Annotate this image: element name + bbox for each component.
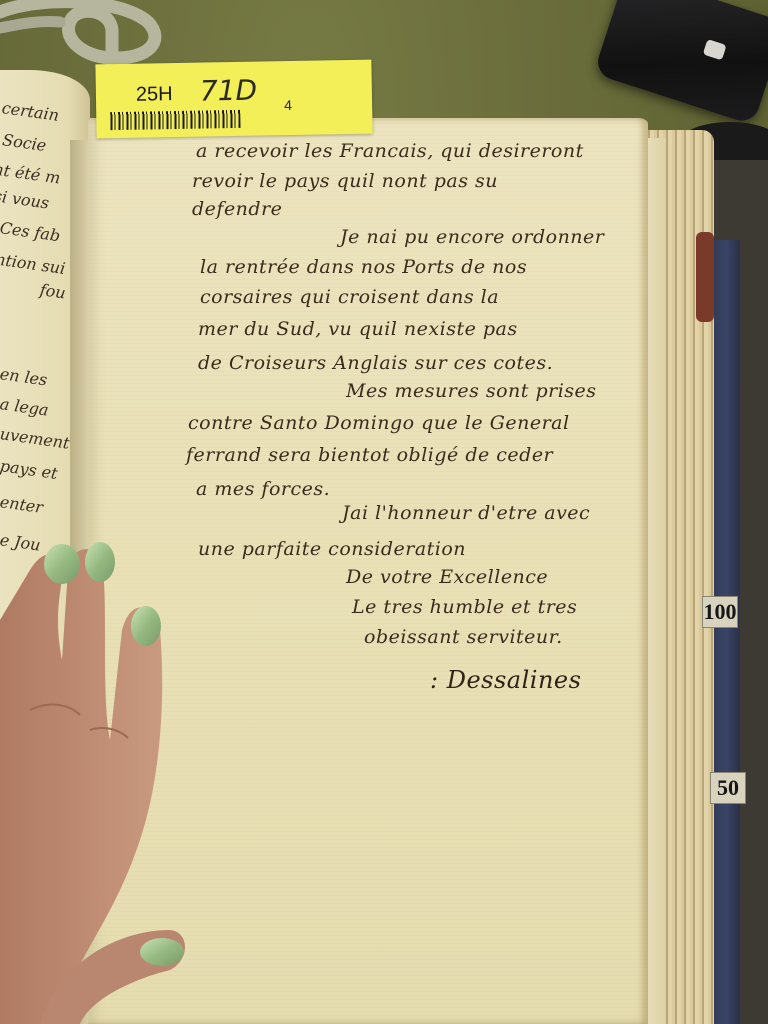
- letter-line: une parfaite consideration: [198, 538, 466, 560]
- page-tab-100[interactable]: 100: [702, 596, 738, 628]
- letter-line: Mes mesures sont prises: [346, 380, 597, 402]
- letter-line: Jai l'honneur d'etre avec: [342, 502, 590, 524]
- left-page-text: a lega: [0, 394, 50, 420]
- letter-line: obeissant serviteur.: [364, 626, 563, 648]
- left-page-text: enter: [0, 492, 44, 517]
- phone-nav-key: [703, 39, 727, 60]
- left-page-text: certain: [1, 98, 61, 125]
- left-page-text: ont été m: [0, 158, 62, 188]
- left-page-text: fou: [39, 280, 67, 302]
- nail-middle: [85, 542, 115, 582]
- left-page-text: a Socie: [0, 128, 48, 155]
- red-ribbon-bookmark: [696, 232, 714, 322]
- letter-line: corsaires qui croisent dans la: [200, 286, 499, 308]
- letter-line: ferrand sera bientot obligé de ceder: [186, 444, 553, 466]
- left-page-text: ention sui: [0, 248, 67, 278]
- letter-line: Je nai pu encore ordonner: [340, 226, 604, 248]
- left-page-text: uvement: [0, 424, 71, 453]
- catalogue-label: 25H 71D 4: [95, 60, 372, 139]
- left-page-text: en les: [0, 364, 49, 389]
- letter-line: Le tres humble et tres: [352, 596, 577, 618]
- nail-ring: [131, 606, 161, 646]
- left-page-text: pays et: [0, 456, 59, 483]
- letter-line: a recevoir les Francais, qui desireront: [196, 140, 584, 162]
- letter-line: defendre: [192, 198, 282, 220]
- page-tab-50[interactable]: 50: [710, 772, 746, 804]
- left-page-text: si vous: [0, 186, 50, 213]
- signature: : Dessalines: [430, 666, 581, 694]
- label-handwritten-code: 71D: [200, 74, 258, 108]
- letter-line: la rentrée dans nos Ports de nos: [200, 256, 527, 278]
- barcode: [110, 110, 240, 130]
- letter-line: de Croiseurs Anglais sur ces cotes.: [198, 352, 553, 374]
- label-printed-code: 25H: [136, 83, 173, 107]
- nail-thumb: [140, 938, 184, 966]
- letter-line: mer du Sud, vu quil nexiste pas: [198, 318, 518, 340]
- hand: [0, 540, 200, 1024]
- label-mark: 4: [284, 97, 292, 113]
- letter-line: a mes forces.: [196, 478, 330, 500]
- left-page-text: Ces fab: [0, 218, 61, 245]
- nail-index: [44, 544, 80, 584]
- letter-line: revoir le pays quil nont pas su: [192, 170, 498, 192]
- letter-line: De votre Excellence: [346, 566, 548, 588]
- letter-line: contre Santo Domingo que le General: [188, 412, 570, 434]
